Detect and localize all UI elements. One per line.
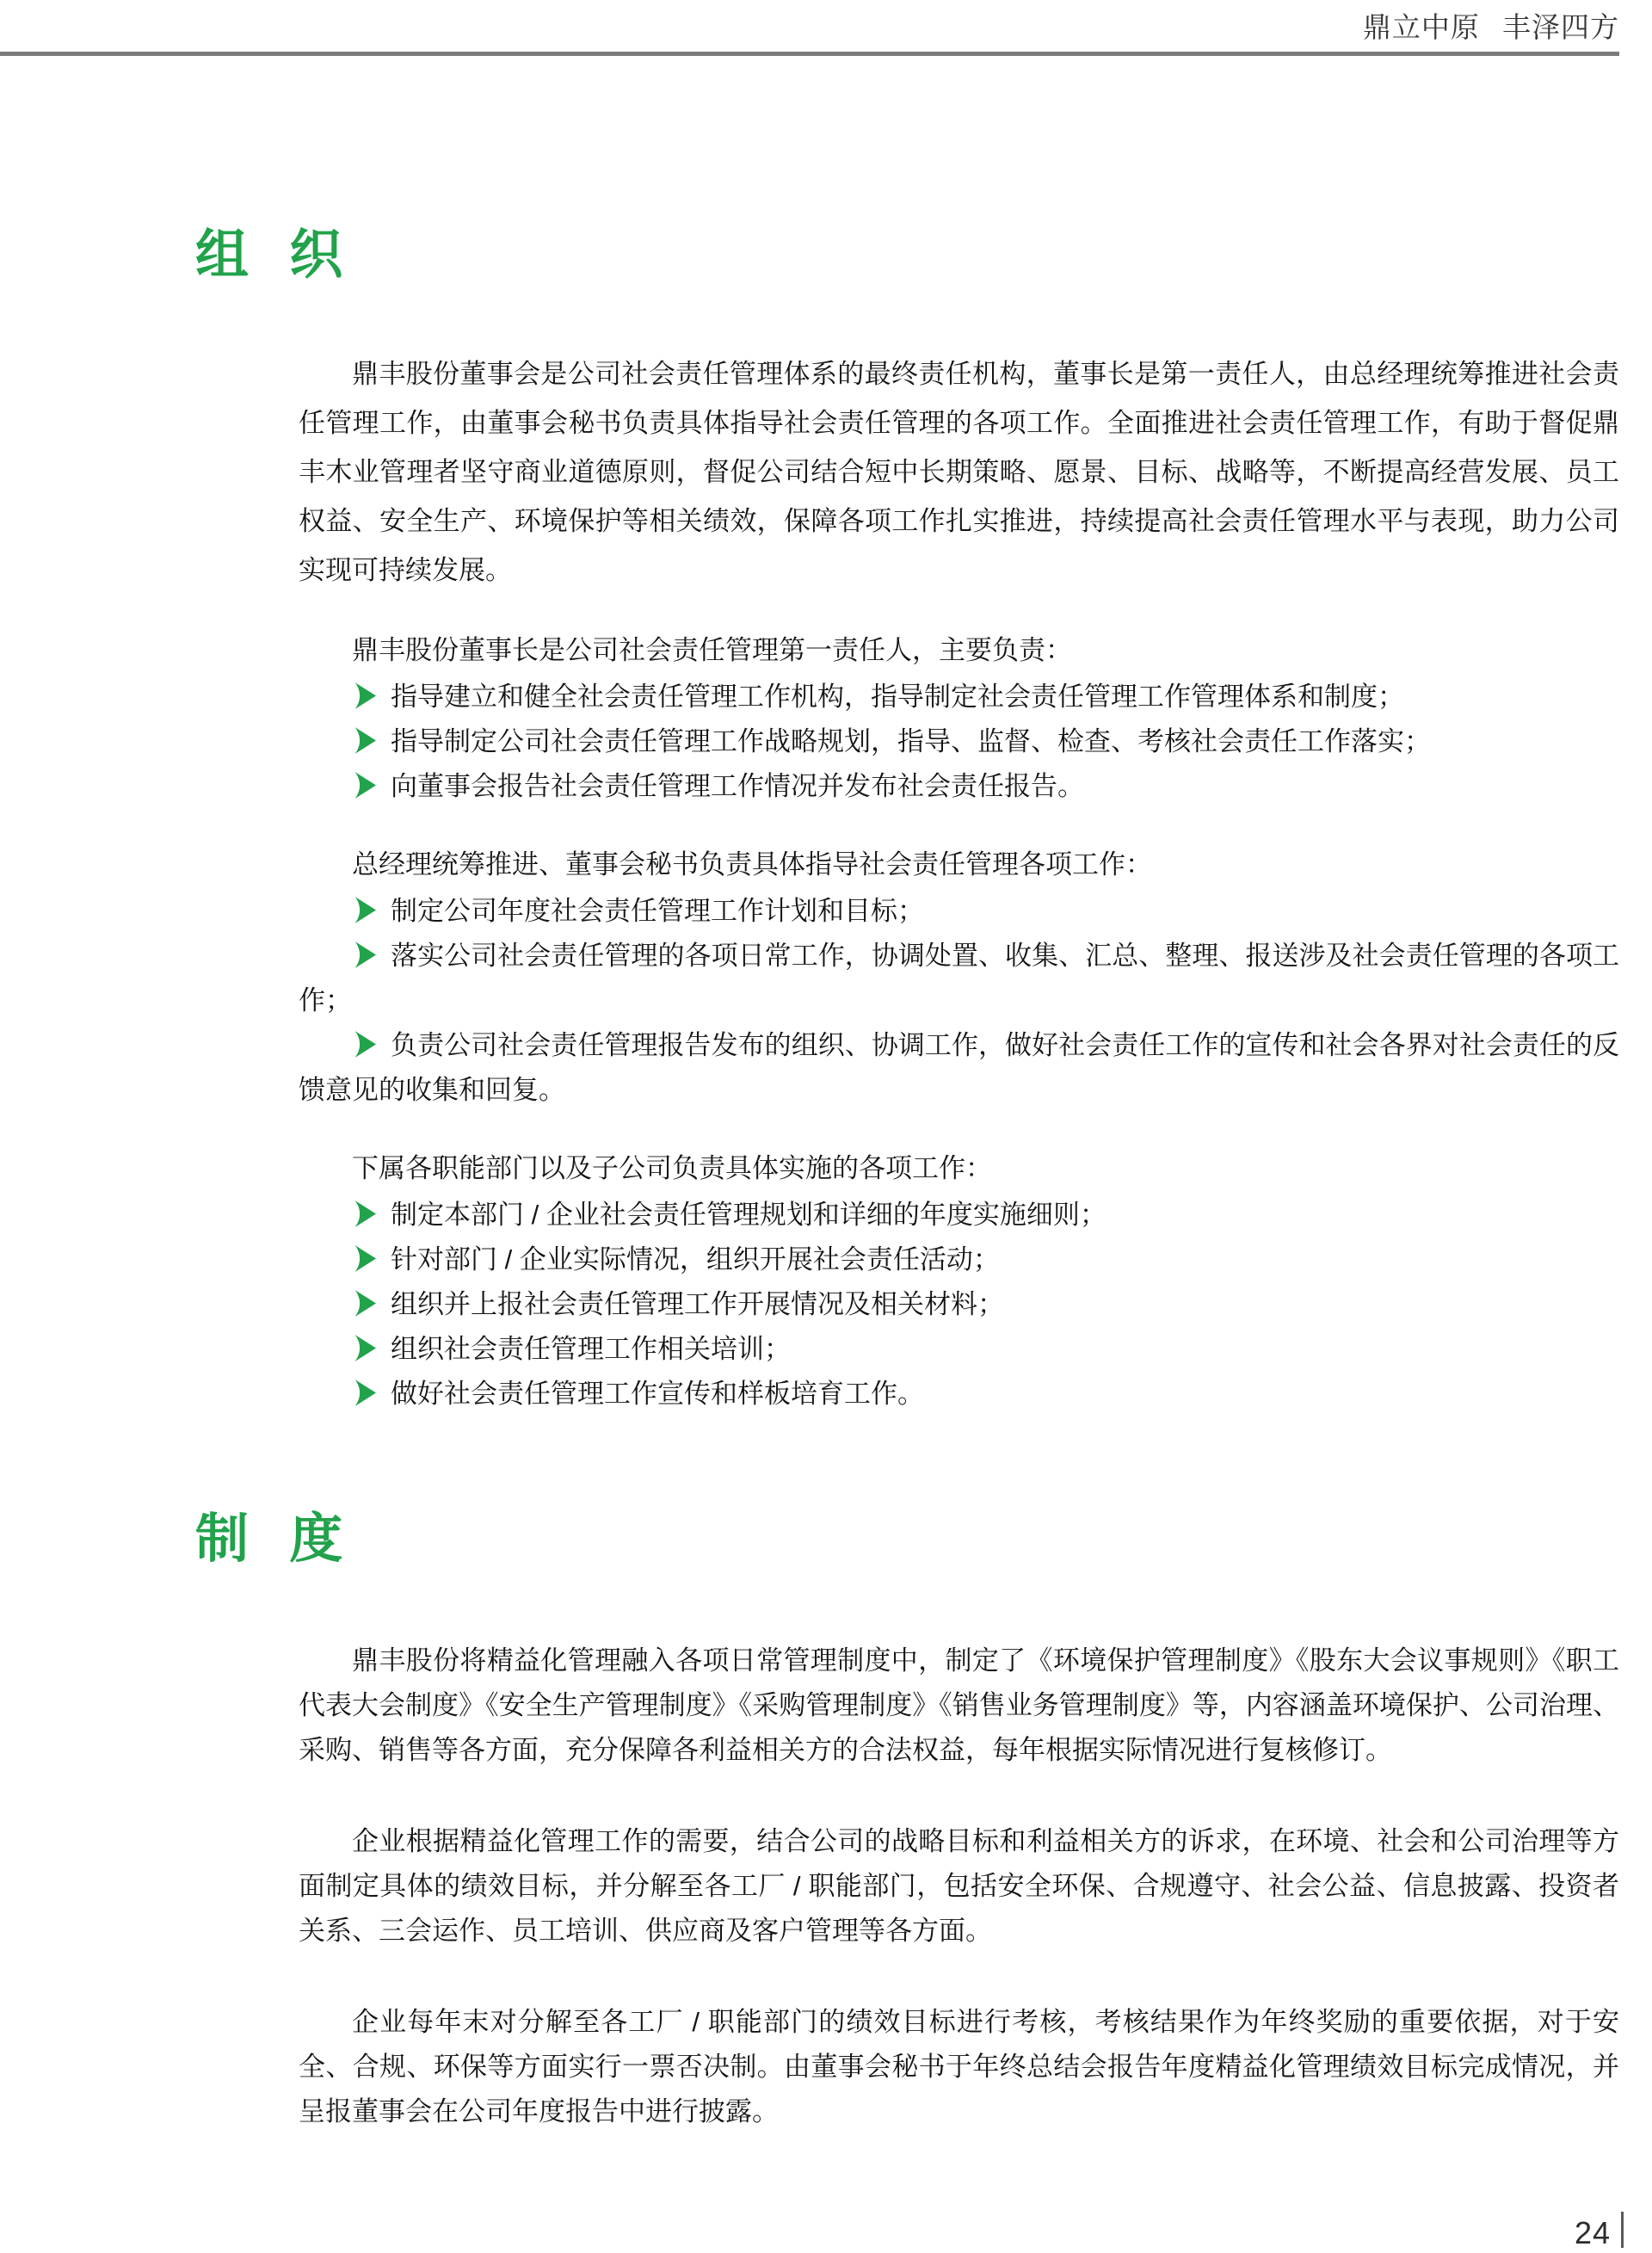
list-item: 落实公司社会责任管理的各项日常工作，协调处置、收集、汇总、整理、报送涉及社会责任… bbox=[299, 934, 1619, 1023]
list-item: 向董事会报告社会责任管理工作情况并发布社会责任报告。 bbox=[299, 764, 1619, 809]
list-item: 组织社会责任管理工作相关培训； bbox=[299, 1327, 1619, 1372]
chevron-right-arrow-icon bbox=[354, 1380, 376, 1406]
chevron-right-arrow-icon bbox=[354, 682, 376, 709]
list-item: 组织并上报社会责任管理工作开展情况及相关材料； bbox=[299, 1282, 1619, 1327]
list-item-text: 指导建立和健全社会责任管理工作机构，指导制定社会责任管理工作管理体系和制度； bbox=[391, 682, 1404, 712]
chevron-right-arrow-icon bbox=[354, 941, 376, 968]
list-item-text: 制定本部门 / 企业社会责任管理规划和详细的年度实施细则； bbox=[391, 1200, 1106, 1230]
list-item-text: 制定公司年度社会责任管理工作计划和目标； bbox=[391, 896, 924, 926]
list-item-text: 指导制定公司社会责任管理工作战略规划，指导、监督、检查、考核社会责任工作落实； bbox=[391, 726, 1431, 756]
chairman-list-intro: 鼎丰股份董事长是公司社会责任管理第一责任人，主要负责： bbox=[299, 626, 1619, 675]
list-item: 针对部门 / 企业实际情况，组织开展社会责任活动； bbox=[299, 1238, 1619, 1282]
org-intro-paragraph: 鼎丰股份董事会是公司社会责任管理体系的最终责任机构，董事长是第一责任人，由总经理… bbox=[299, 349, 1619, 595]
page-header-motto: 鼎立中原 丰泽四方 bbox=[1363, 5, 1619, 46]
list-item: 指导建立和健全社会责任管理工作机构，指导制定社会责任管理工作管理体系和制度； bbox=[299, 675, 1619, 719]
chevron-right-arrow-icon bbox=[354, 1245, 376, 1272]
list-item: 制定公司年度社会责任管理工作计划和目标； bbox=[299, 889, 1619, 934]
list-item: 指导制定公司社会责任管理工作战略规划，指导、监督、检查、考核社会责任工作落实； bbox=[299, 719, 1619, 764]
list-item-text: 落实公司社会责任管理的各项日常工作，协调处置、收集、汇总、整理、报送涉及社会责任… bbox=[299, 941, 1619, 1015]
system-paragraph: 鼎丰股份将精益化管理融入各项日常管理制度中，制定了《环境保护管理制度》《股东大会… bbox=[299, 1639, 1619, 1773]
gm-list-intro: 总经理统筹推进、董事会秘书负责具体指导社会责任管理各项工作： bbox=[299, 840, 1619, 889]
dept-list-intro: 下属各职能部门以及子公司负责具体实施的各项工作： bbox=[299, 1144, 1619, 1193]
chevron-right-arrow-icon bbox=[354, 1290, 376, 1317]
report-page: 鼎立中原 丰泽四方 组 织 鼎丰股份董事会是公司社会责任管理体系的最终责任机构，… bbox=[0, 0, 1652, 2253]
chevron-right-arrow-icon bbox=[354, 727, 376, 754]
chevron-right-arrow-icon bbox=[354, 897, 376, 923]
section-title-organization: 组 织 bbox=[195, 229, 1652, 282]
list-item-text: 向董事会报告社会责任管理工作情况并发布社会责任报告。 bbox=[391, 771, 1084, 801]
list-item-text: 做好社会责任管理工作宣传和样板培育工作。 bbox=[391, 1379, 924, 1409]
header-divider bbox=[0, 52, 1619, 56]
system-paragraph: 企业根据精益化管理工作的需要，结合公司的战略目标和利益相关方的诉求，在环境、社会… bbox=[299, 1819, 1619, 1954]
system-section-body: 鼎丰股份将精益化管理融入各项日常管理制度中，制定了《环境保护管理制度》《股东大会… bbox=[299, 1639, 1619, 2134]
list-item: 负责公司社会责任管理报告发布的组织、协调工作，做好社会责任工作的宣传和社会各界对… bbox=[299, 1023, 1619, 1113]
page-number-divider bbox=[1621, 2212, 1624, 2248]
chevron-right-arrow-icon bbox=[354, 772, 376, 799]
chevron-right-arrow-icon bbox=[354, 1201, 376, 1227]
organization-section-body: 鼎丰股份董事会是公司社会责任管理体系的最终责任机构，董事长是第一责任人，由总经理… bbox=[299, 349, 1619, 1417]
list-item: 做好社会责任管理工作宣传和样板培育工作。 bbox=[299, 1372, 1619, 1417]
system-paragraph: 企业每年末对分解至各工厂 / 职能部门的绩效目标进行考核，考核结果作为年终奖励的… bbox=[299, 2000, 1619, 2134]
list-item-text: 组织社会责任管理工作相关培训； bbox=[391, 1334, 791, 1364]
chevron-right-arrow-icon bbox=[354, 1031, 376, 1058]
list-item-text: 组织并上报社会责任管理工作开展情况及相关材料； bbox=[391, 1289, 1004, 1319]
list-item-text: 针对部门 / 企业实际情况，组织开展社会责任活动； bbox=[391, 1244, 1000, 1275]
section-title-system: 制 度 bbox=[195, 1513, 1652, 1566]
chevron-right-arrow-icon bbox=[354, 1335, 376, 1361]
list-item: 制定本部门 / 企业社会责任管理规划和详细的年度实施细则； bbox=[299, 1193, 1619, 1238]
page-number: 24 bbox=[1575, 2215, 1611, 2251]
list-item-text: 负责公司社会责任管理报告发布的组织、协调工作，做好社会责任工作的宣传和社会各界对… bbox=[299, 1030, 1619, 1105]
